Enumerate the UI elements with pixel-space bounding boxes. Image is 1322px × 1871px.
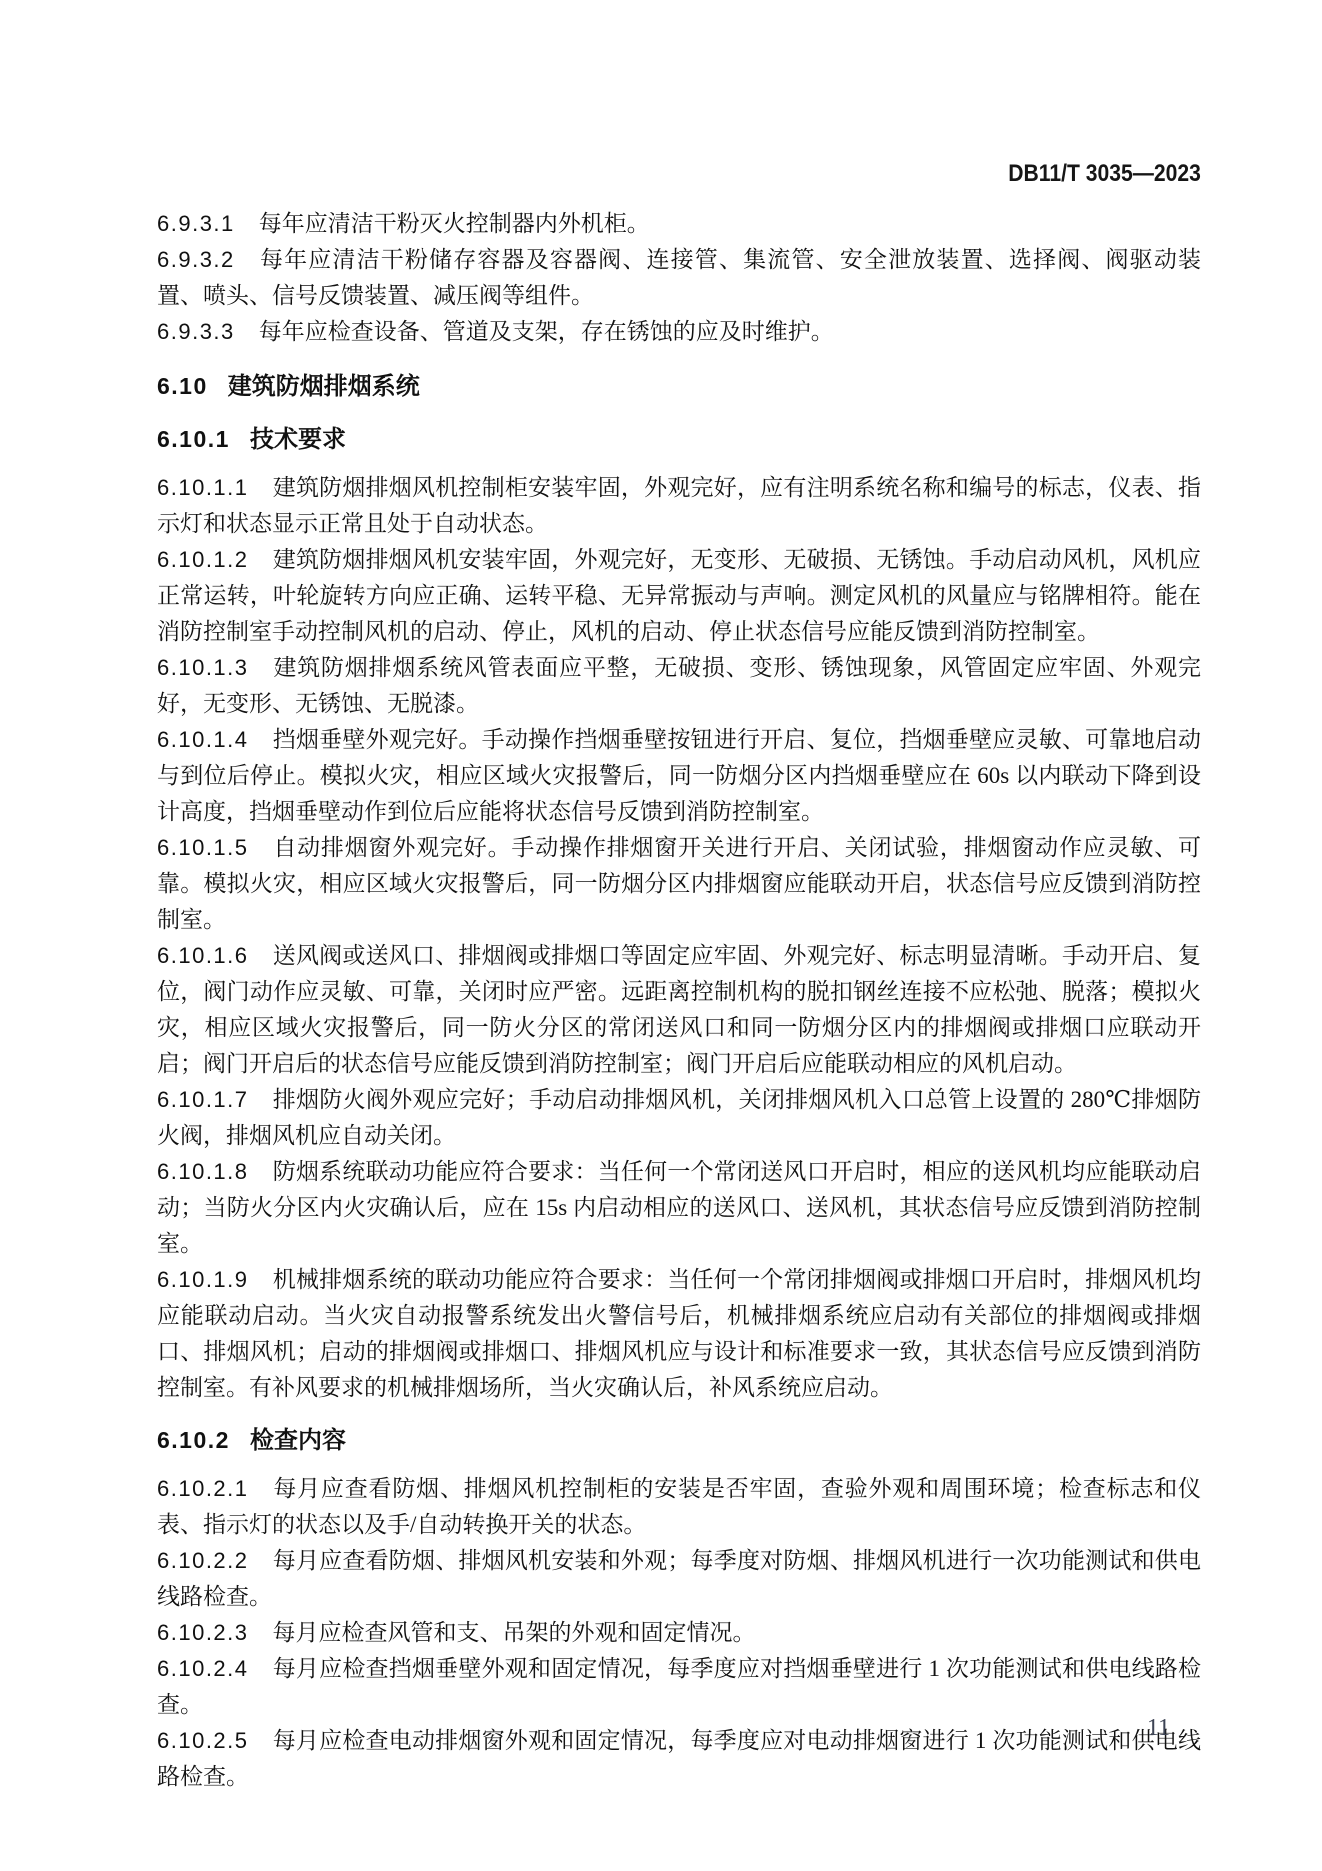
subsection-heading-6-10-1: 6.10.1技术要求 [157,421,1201,458]
document-page: DB11/T 3035—2023 6.9.3.1每年应清洁干粉灭火控制器内外机柜… [0,0,1322,1871]
clause-6-10-1-3: 6.10.1.3建筑防烟排烟系统风管表面应平整，无破损、变形、锈蚀现象，风管固定… [157,650,1201,722]
clause-text: 每月应检查电动排烟窗外观和固定情况，每季度应对电动排烟窗进行 1 次功能测试和供… [157,1728,1201,1789]
clause-number: 6.9.3.2 [157,247,235,272]
heading-title: 检查内容 [250,1427,346,1454]
clause-text: 建筑防烟排烟风机安装牢固，外观完好，无变形、无破损、无锈蚀。手动启动风机，风机应… [157,547,1201,644]
clause-text: 每年应检查设备、管道及支架，存在锈蚀的应及时维护。 [259,319,834,344]
heading-number: 6.10.1 [157,426,230,452]
clause-6-10-2-5: 6.10.2.5每月应检查电动排烟窗外观和固定情况，每季度应对电动排烟窗进行 1… [157,1723,1201,1795]
clause-text: 建筑防烟排烟系统风管表面应平整，无破损、变形、锈蚀现象，风管固定应牢固、外观完好… [157,655,1201,716]
clause-number: 6.10.1.8 [157,1159,249,1184]
document-content: 6.9.3.1每年应清洁干粉灭火控制器内外机柜。 6.9.3.2每年应清洁干粉储… [157,206,1201,1795]
clause-text: 送风阀或送风口、排烟阀或排烟口等固定应牢固、外观完好、标志明显清晰。手动开启、复… [157,943,1201,1076]
clause-number: 6.10.1.6 [157,943,249,968]
heading-number: 6.10 [157,373,208,399]
clause-6-10-2-4: 6.10.2.4每月应检查挡烟垂壁外观和固定情况，每季度应对挡烟垂壁进行 1 次… [157,1651,1201,1723]
clause-text: 每月应检查挡烟垂壁外观和固定情况，每季度应对挡烟垂壁进行 1 次功能测试和供电线… [157,1656,1201,1717]
clause-6-10-1-7: 6.10.1.7排烟防火阀外观应完好；手动启动排烟风机，关闭排烟风机入口总管上设… [157,1082,1201,1154]
clause-text: 每月应查看防烟、排烟风机安装和外观；每季度对防烟、排烟风机进行一次功能测试和供电… [157,1548,1201,1609]
doc-number: DB11/T 3035—2023 [1008,160,1201,188]
clause-number: 6.10.1.9 [157,1267,249,1292]
clause-text: 排烟防火阀外观应完好；手动启动排烟风机，关闭排烟风机入口总管上设置的 280℃排… [157,1087,1201,1148]
clause-number: 6.10.2.5 [157,1728,249,1753]
clause-6-10-1-5: 6.10.1.5自动排烟窗外观完好。手动操作排烟窗开关进行开启、关闭试验，排烟窗… [157,830,1201,938]
clause-6-10-1-9: 6.10.1.9机械排烟系统的联动功能应符合要求：当任何一个常闭排烟阀或排烟口开… [157,1262,1201,1406]
page-number: 11 [1147,1714,1170,1742]
clause-number: 6.9.3.3 [157,319,235,344]
clause-6-10-1-2: 6.10.1.2建筑防烟排烟风机安装牢固，外观完好，无变形、无破损、无锈蚀。手动… [157,542,1201,650]
subsection-heading-6-10-2: 6.10.2检查内容 [157,1422,1201,1459]
clause-6-10-1-4: 6.10.1.4挡烟垂壁外观完好。手动操作挡烟垂壁按钮进行开启、复位，挡烟垂壁应… [157,722,1201,830]
clause-6-10-1-1: 6.10.1.1建筑防烟排烟风机控制柜安装牢固，外观完好，应有注明系统名称和编号… [157,470,1201,542]
clause-number: 6.9.3.1 [157,211,235,236]
clause-6-10-1-6: 6.10.1.6送风阀或送风口、排烟阀或排烟口等固定应牢固、外观完好、标志明显清… [157,938,1201,1082]
clause-text: 每年应清洁干粉储存容器及容器阀、连接管、集流管、安全泄放装置、选择阀、阀驱动装置… [157,247,1201,308]
clause-6-10-2-1: 6.10.2.1每月应查看防烟、排烟风机控制柜的安装是否牢固，查验外观和周围环境… [157,1471,1201,1543]
clause-number: 6.10.2.2 [157,1548,249,1573]
clause-text: 机械排烟系统的联动功能应符合要求：当任何一个常闭排烟阀或排烟口开启时，排烟风机均… [157,1267,1201,1400]
clause-number: 6.10.1.1 [157,475,249,500]
clause-text: 每年应清洁干粉灭火控制器内外机柜。 [259,211,650,236]
clause-6-9-3-2: 6.9.3.2每年应清洁干粉储存容器及容器阀、连接管、集流管、安全泄放装置、选择… [157,242,1201,314]
section-heading-6-10: 6.10建筑防烟排烟系统 [157,368,1201,405]
clause-number: 6.10.1.2 [157,547,249,572]
heading-title: 技术要求 [250,426,346,453]
clause-6-10-1-8: 6.10.1.8防烟系统联动功能应符合要求：当任何一个常闭送风口开启时，相应的送… [157,1154,1201,1262]
clause-text: 自动排烟窗外观完好。手动操作排烟窗开关进行开启、关闭试验，排烟窗动作应灵敏、可靠… [157,835,1201,932]
clause-text: 挡烟垂壁外观完好。手动操作挡烟垂壁按钮进行开启、复位，挡烟垂壁应灵敏、可靠地启动… [157,727,1201,824]
clause-text: 建筑防烟排烟风机控制柜安装牢固，外观完好，应有注明系统名称和编号的标志，仪表、指… [157,475,1201,536]
clause-number: 6.10.1.3 [157,655,249,680]
clause-text: 每月应检查风管和支、吊架的外观和固定情况。 [273,1620,756,1645]
clause-number: 6.10.1.4 [157,727,249,752]
page-header: DB11/T 3035—2023 [157,160,1201,190]
clause-text: 每月应查看防烟、排烟风机控制柜的安装是否牢固，查验外观和周围环境；检查标志和仪表… [157,1476,1201,1537]
clause-number: 6.10.2.4 [157,1656,249,1681]
clause-6-10-2-2: 6.10.2.2每月应查看防烟、排烟风机安装和外观；每季度对防烟、排烟风机进行一… [157,1543,1201,1615]
clause-number: 6.10.2.1 [157,1476,249,1501]
clause-number: 6.10.1.5 [157,835,249,860]
clause-6-10-2-3: 6.10.2.3每月应检查风管和支、吊架的外观和固定情况。 [157,1615,1201,1651]
heading-title: 建筑防烟排烟系统 [228,373,420,400]
clause-number: 6.10.2.3 [157,1620,249,1645]
clause-6-9-3-1: 6.9.3.1每年应清洁干粉灭火控制器内外机柜。 [157,206,1201,242]
clause-6-9-3-3: 6.9.3.3每年应检查设备、管道及支架，存在锈蚀的应及时维护。 [157,314,1201,350]
clause-number: 6.10.1.7 [157,1087,249,1112]
heading-number: 6.10.2 [157,1427,230,1453]
clause-text: 防烟系统联动功能应符合要求：当任何一个常闭送风口开启时，相应的送风机均应能联动启… [157,1159,1201,1256]
